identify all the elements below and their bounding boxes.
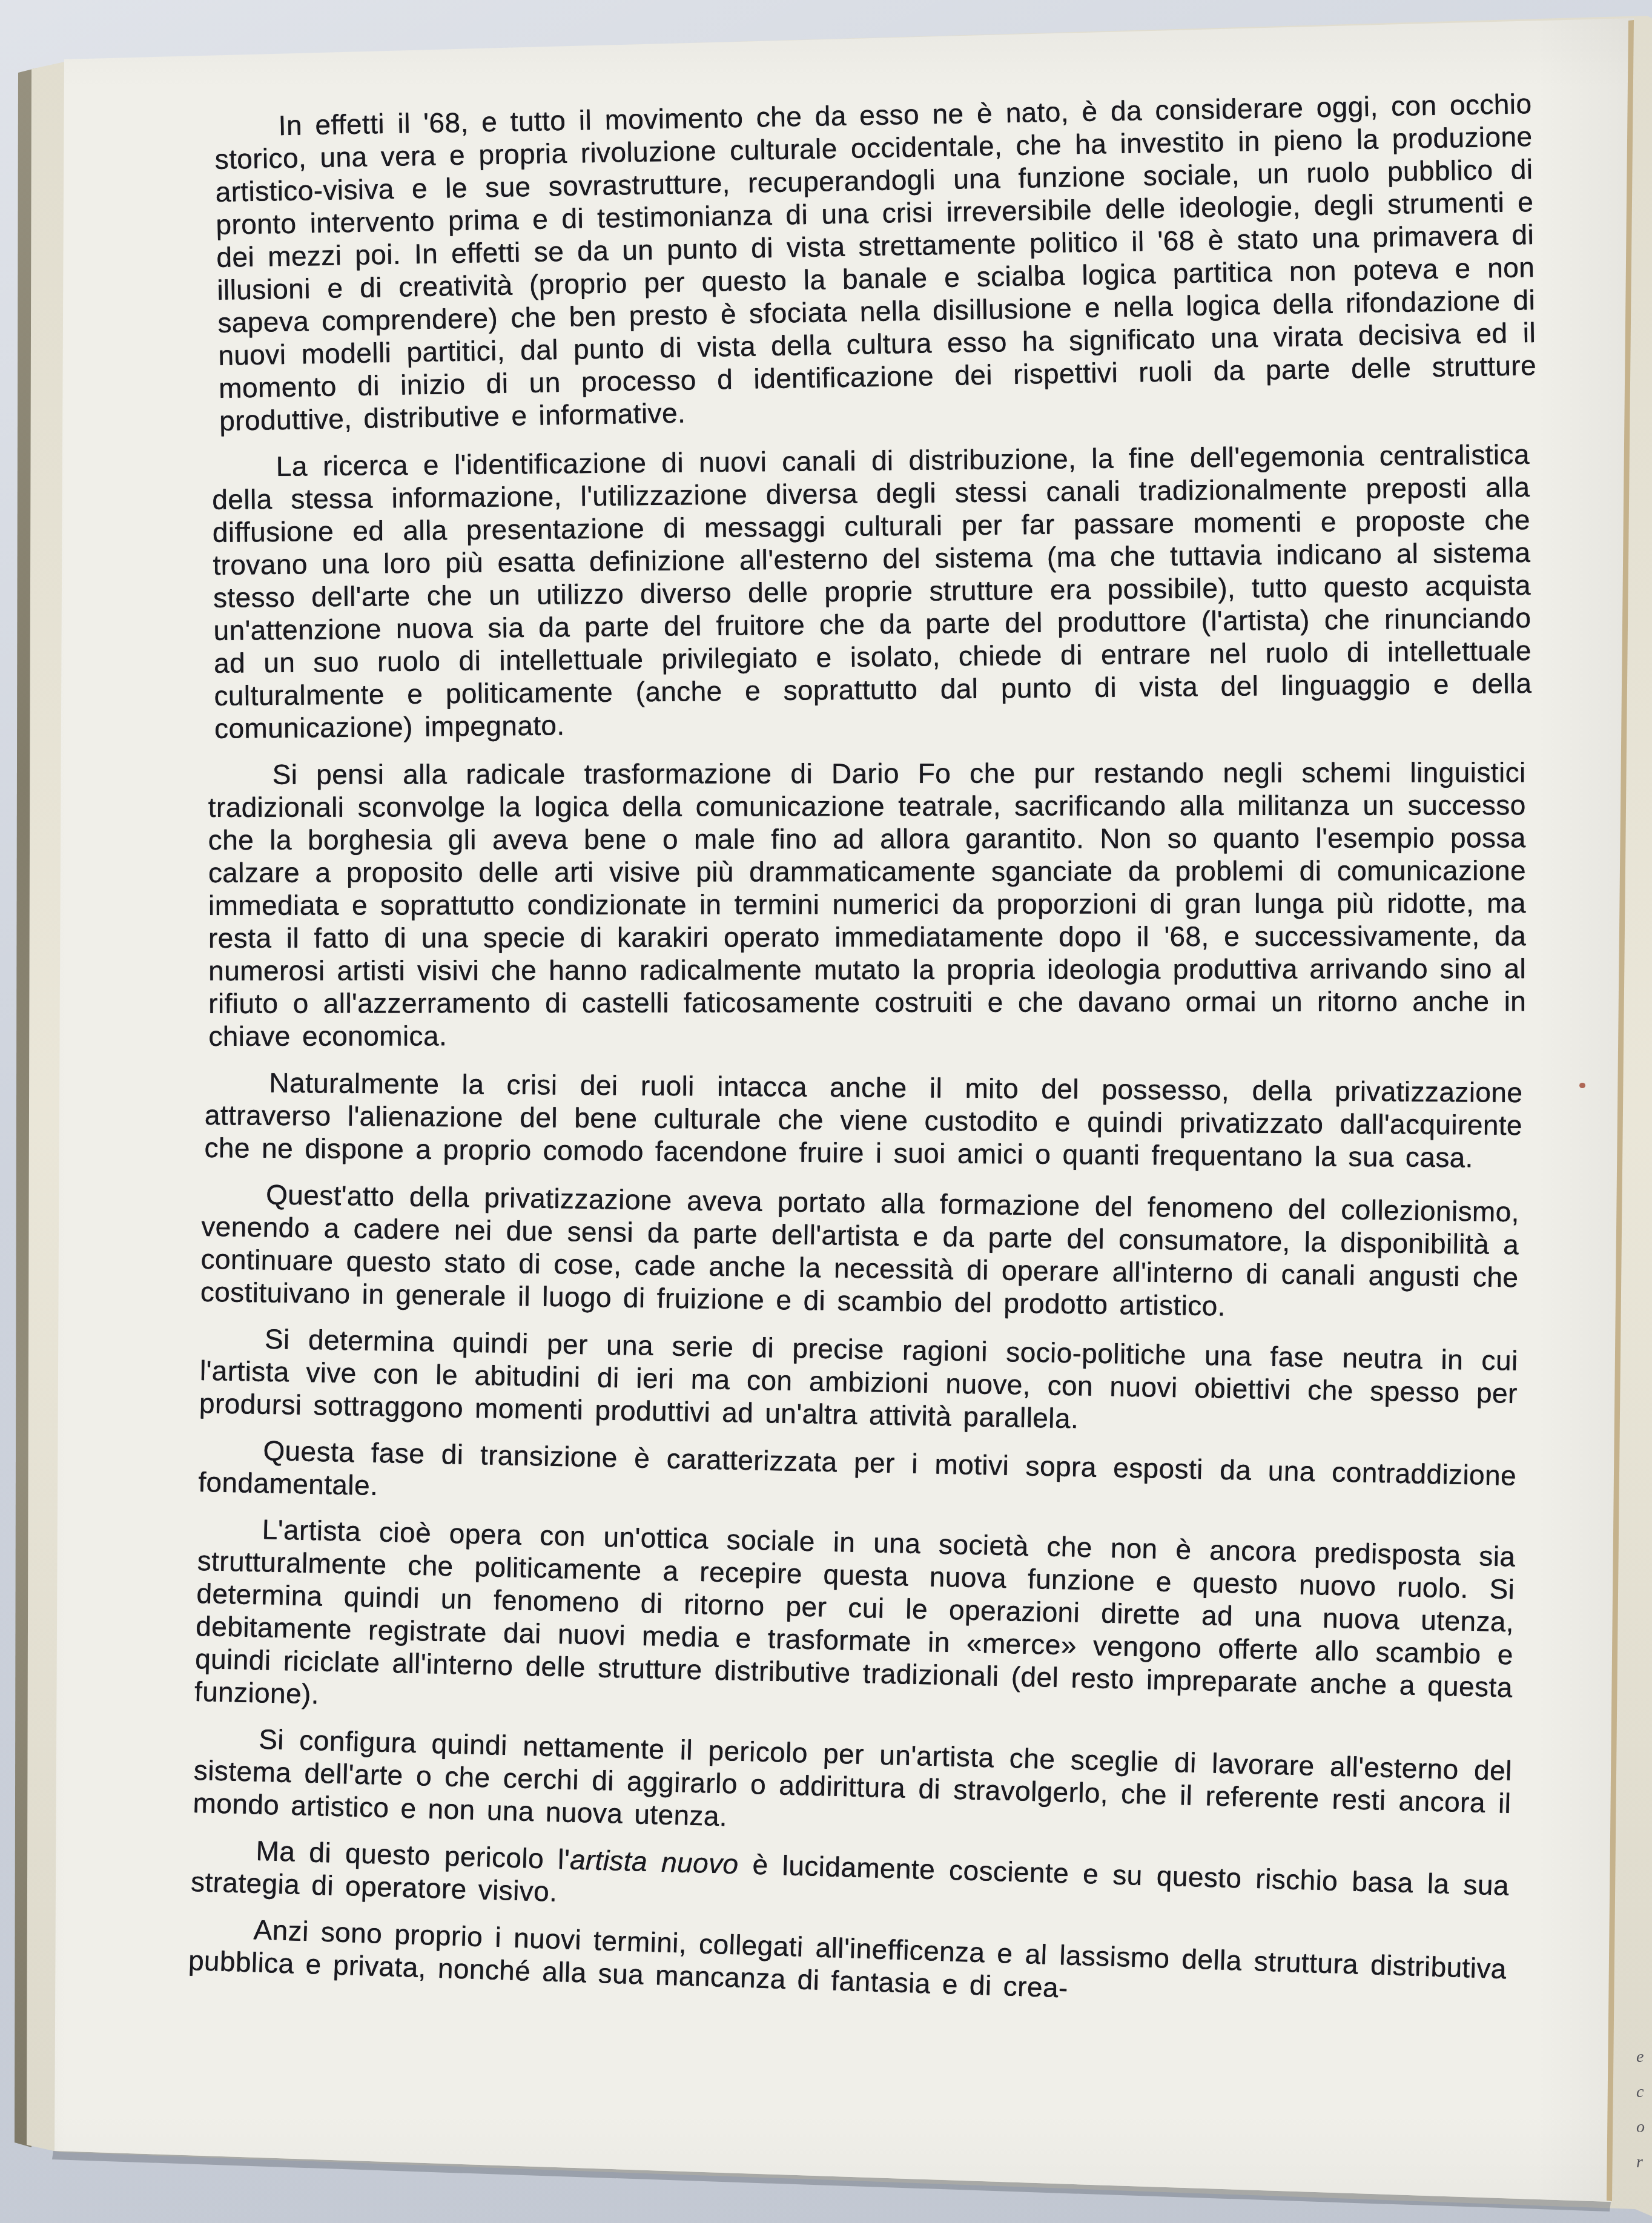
paragraph-8: L'artista cioè opera con un'ottica socia… [194, 1511, 1516, 1736]
adjacent-page-text-fragment: r [1636, 2145, 1652, 2180]
paragraph-9: Si configura quindi nettamente il perico… [193, 1721, 1512, 1852]
red-ink-speck [1579, 1083, 1585, 1088]
page-text: In effetti il '68, e tutto il movimento … [200, 110, 1518, 1990]
adjacent-page-text-fragments: e c o r [1636, 2040, 1652, 2180]
paragraph-5: Quest'atto della privatizzazione aveva p… [200, 1177, 1519, 1326]
scanned-book-page: In effetti il '68, e tutto il movimento … [0, 0, 1652, 2223]
paragraph-7: Questa fase di transizione è caratterizz… [198, 1433, 1517, 1525]
adjacent-page-text-fragment: c [1636, 2075, 1652, 2110]
paragraph-2: La ricerca e l'identificazione di nuovi … [212, 438, 1533, 745]
paragraph-1: In effetti il '68, e tutto il movimento … [214, 87, 1537, 437]
adjacent-page-text-fragment: o [1636, 2110, 1652, 2145]
paragraph-4: Naturalmente la crisi dei ruoli intacca … [204, 1066, 1522, 1174]
paragraph-3: Si pensi alla radicale trasformazione di… [208, 756, 1527, 1052]
paragraph-6: Si determina quindi per una serie di pre… [199, 1321, 1518, 1442]
adjacent-page-text-fragment: e [1636, 2040, 1652, 2075]
artista-nuovo-italic: artista nuovo [569, 1843, 739, 1880]
